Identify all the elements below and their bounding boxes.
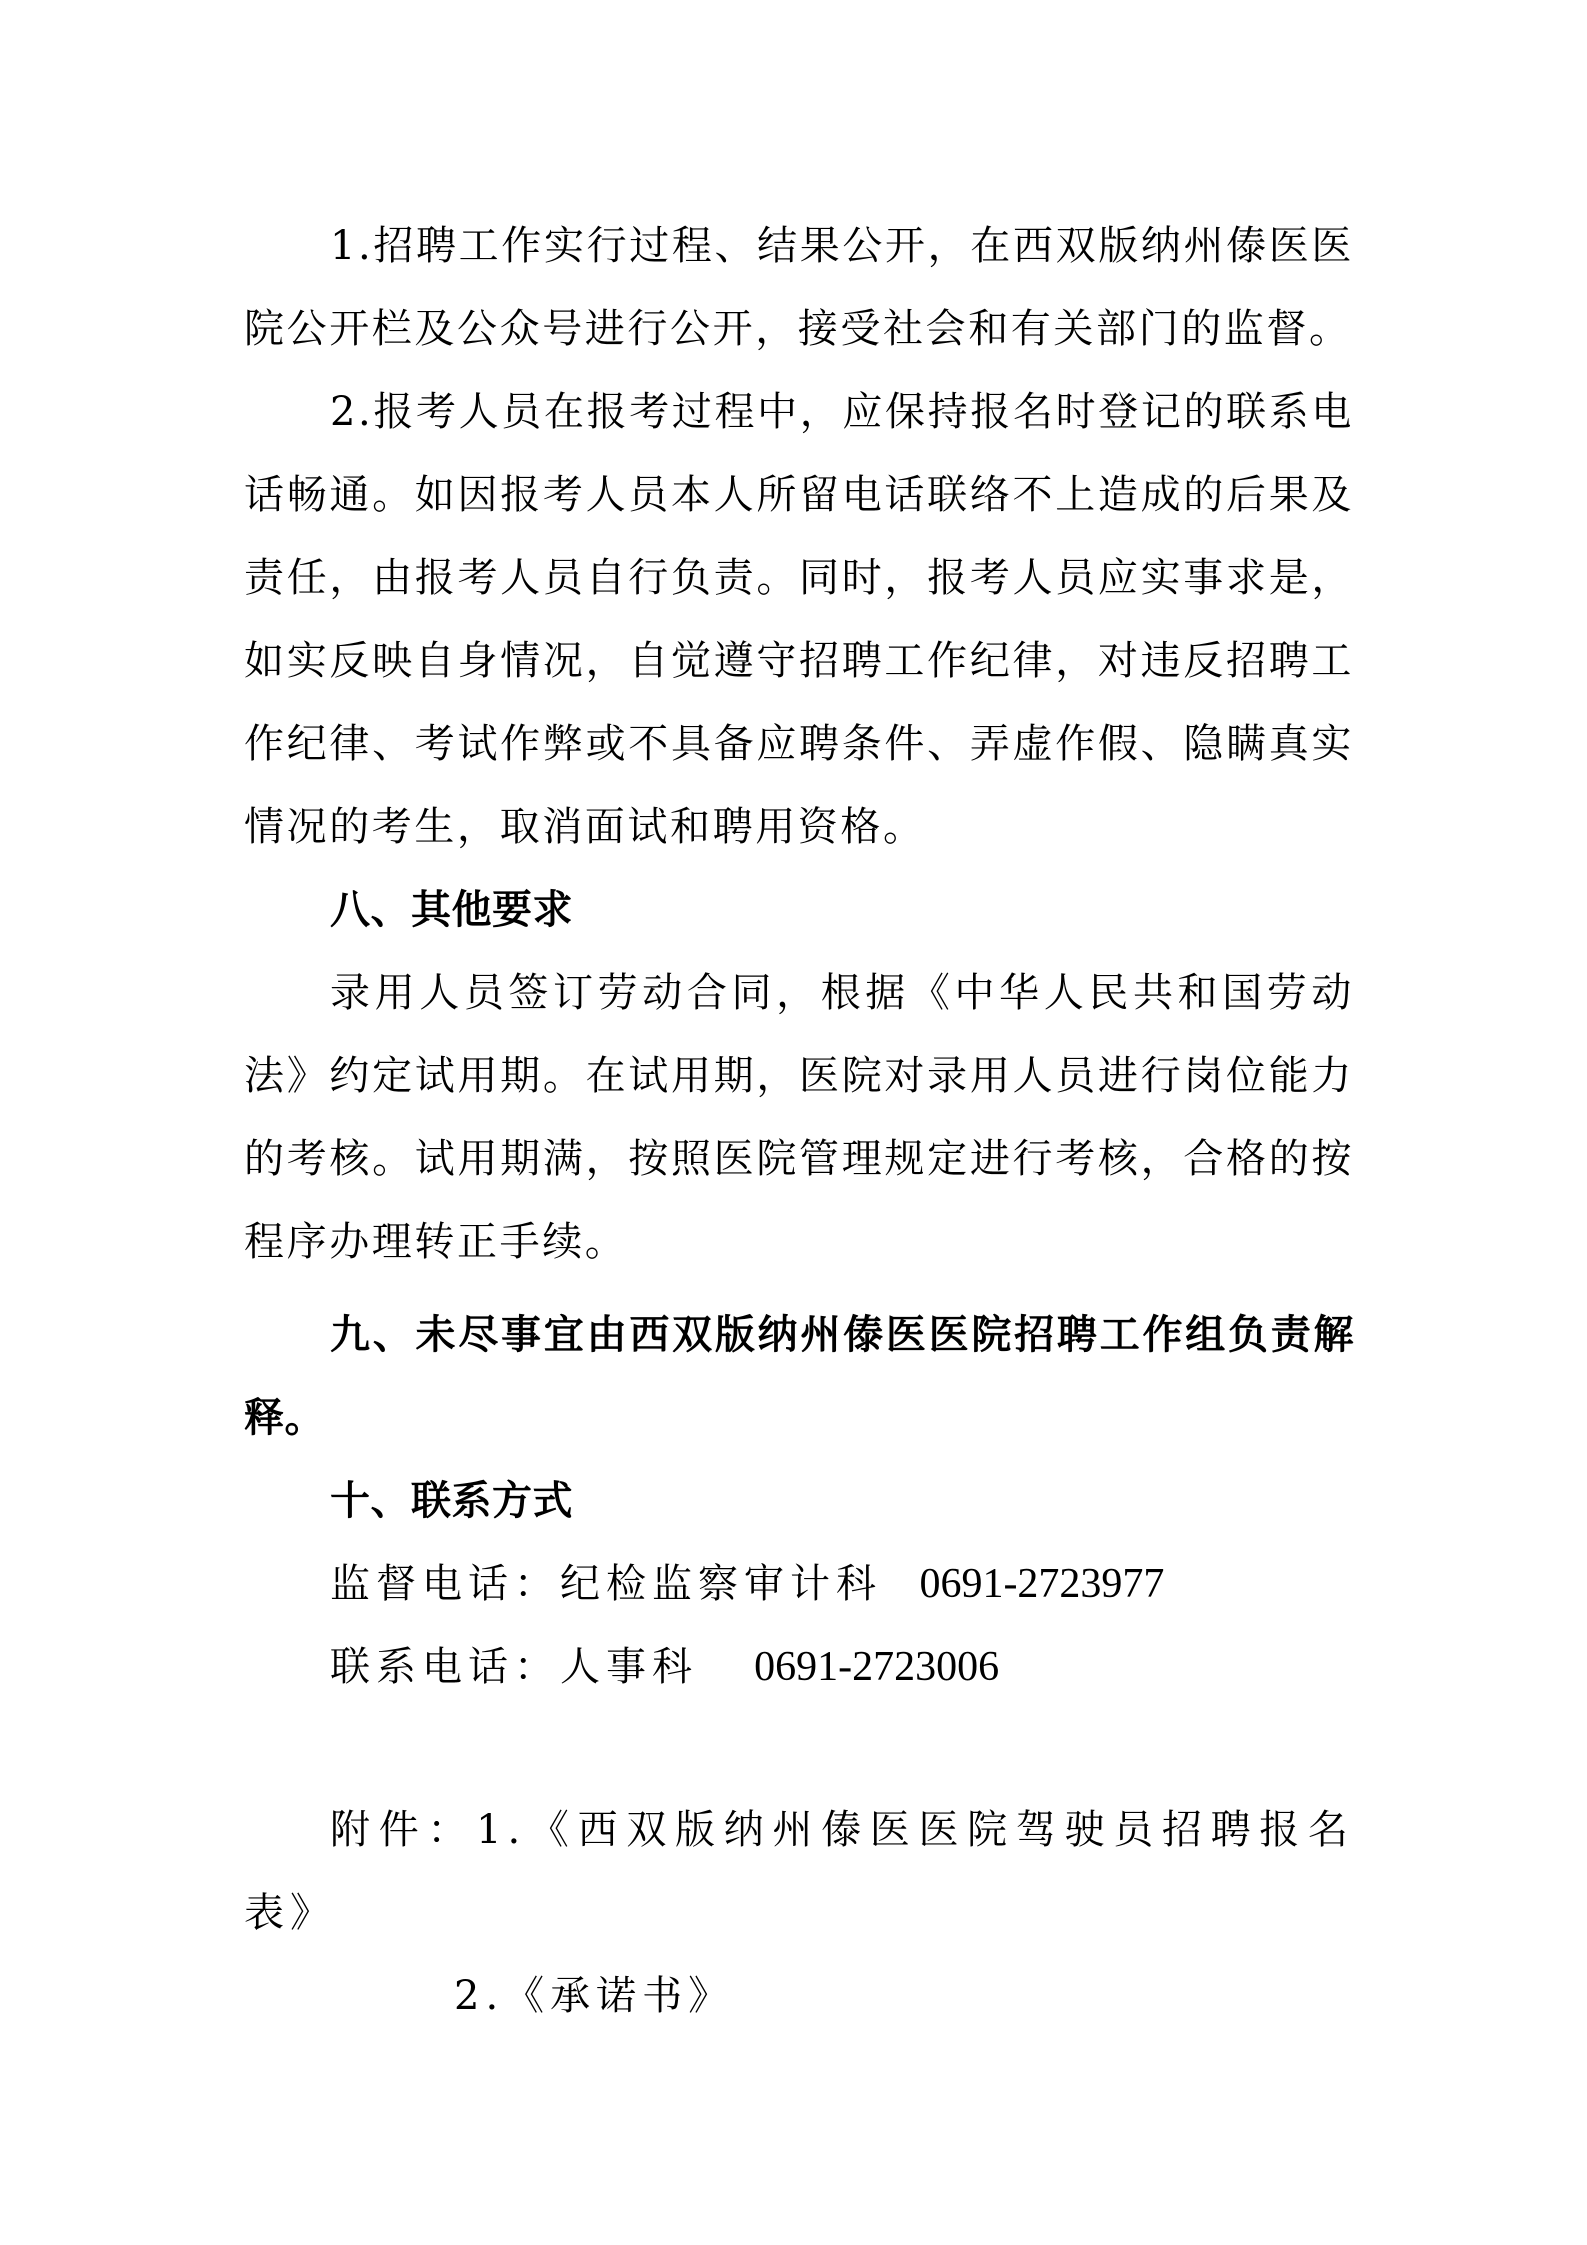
paragraph-public-disclosure: 1.招聘工作实行过程、结果公开，在西双版纳州傣医医院公开栏及公众号进行公开，接受… [244, 205, 1354, 371]
section-8-heading: 八、其他要求 [244, 869, 1354, 952]
section-8-body: 录用人员签订劳动合同，根据《中华人民共和国劳动法》约定试用期。在试用期，医院对录… [244, 952, 1354, 1284]
paragraph-applicant-responsibility: 2.报考人员在报考过程中，应保持报名时登记的联系电话畅通。如因报考人员本人所留电… [244, 371, 1354, 869]
contact-label: 联系电话：人事科 [330, 1644, 698, 1690]
contact-phone-line: 联系电话：人事科 0691-2723006 [244, 1626, 1354, 1709]
supervision-phone-line: 监督电话：纪检监察审计科 0691-2723977 [244, 1543, 1354, 1626]
section-9-heading: 九、未尽事宜由西双版纳州傣医医院招聘工作组负责解释。 [244, 1294, 1354, 1460]
section-10-heading: 十、联系方式 [244, 1460, 1354, 1543]
attachment-line-1: 附件：1.《西双版纳州傣医医院驾驶员招聘报名表》 [244, 1789, 1354, 1955]
supervision-label: 监督电话：纪检监察审计科 [330, 1561, 882, 1607]
contact-phone: 0691-2723006 [754, 1644, 999, 1690]
attachments-label: 附件： [330, 1807, 476, 1853]
document-page: 1.招聘工作实行过程、结果公开，在西双版纳州傣医医院公开栏及公众号进行公开，接受… [244, 205, 1354, 2038]
attachment-item-2: 2.《承诺书》 [244, 1955, 1354, 2038]
supervision-phone: 0691-2723977 [919, 1561, 1164, 1607]
